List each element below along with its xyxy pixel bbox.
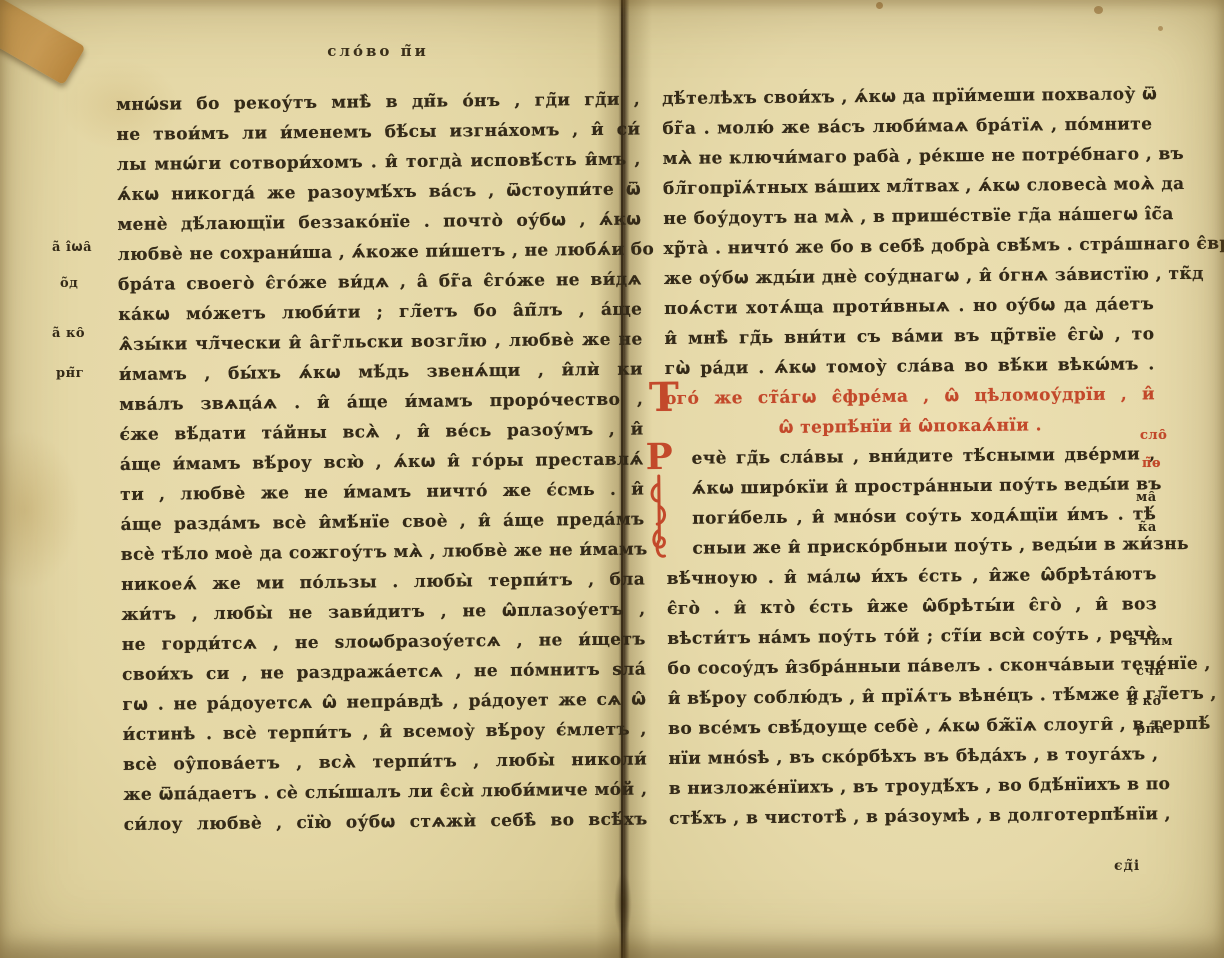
text-line: и̂ вѣ́роу соблю́дъ , и̂ прїѧ́тъ вѣне́цъ … [668, 679, 1158, 714]
ornate-initial-flourish [646, 474, 673, 560]
text-line: вѣ́чноую . и̂ ма́лѡ и́хъ є́сть , и̂же ѡ̂… [667, 559, 1157, 594]
text-line: гѡ̀ ра́ди . ѧ́кѡ томоу̀ сла́ва во вѣ́ки … [665, 349, 1155, 384]
margin-note-1cor: а̃ ко̑ [52, 326, 85, 341]
margin-note-zachalo: к̃а [1138, 520, 1157, 535]
text-line: бл̃гопрїѧ́тных ва́ших мл̃твах , ѧ́кѡ сло… [663, 169, 1153, 204]
right-text-column: дѣ́телѣхъ свои́хъ , ѧ́кѡ да прїи́меши по… [662, 79, 1159, 834]
text-line: в низложе́нїихъ , въ троудѣ́хъ , во бдѣ́… [669, 769, 1159, 804]
rubric-heading-text: ого́ же ст̃а́гѡ є̂фре́ма , ѡ̂ цѣломоу́др… [665, 384, 1155, 409]
margin-note-zachalo: о̃д [60, 276, 78, 291]
running-head: сло́во п̃и [116, 42, 640, 60]
rubric-heading-line-2: ѡ̂ терпѣ́нїи и̂ ѡ̂покаѧ́нїи . [665, 409, 1155, 444]
text-line: поѧ́сти хотѧ́ща проти́вныѧ . но оу́бѡ да… [664, 289, 1154, 324]
margin-note-timothy: в ти́м [1128, 634, 1173, 649]
margin-note-1john: а̃ і̂ѡа̑ [52, 240, 92, 255]
text-line: си́лоу любвѐ , сїю̀ оу́бѡ стѧжѝ себѣ̀ во… [124, 804, 648, 839]
text-line: поги́бель , и̂ мно́ѕи соу́ть ходѧ́щїи и́… [666, 499, 1156, 534]
text-line: вѣсти́тъ на́мъ поу́ть то́й ; ст̃і́и всѝ … [667, 619, 1157, 654]
text-line: во все́мъ свѣ́доуще себѐ , ѧ́кѡ бж̃їѧ сл… [668, 709, 1158, 744]
book-scan: сло́во п̃и мнѡ́ѕи бо рекоу́тъ мнѣ̀ в дн̃… [0, 0, 1224, 958]
margin-note-slovo-number: п̃ѳ [1142, 456, 1161, 471]
text-line: стѣ́хъ , в чистотѣ̀ , в ра́зоумѣ , в дол… [669, 799, 1159, 834]
margin-note-slovo: сло̑ [1140, 428, 1167, 443]
text-line: и̂ мнѣ̀ гд̃ь вни́ти съ ва́ми въ цр̃твїе … [664, 319, 1154, 354]
text-line: бг̃а . молю́ же ва́съ люби́маѧ бра́тїѧ ,… [662, 109, 1152, 144]
margin-note-zachalo: сч̃и [1136, 664, 1165, 679]
quire-signature: єд̃і [1114, 858, 1140, 874]
text-line: сныи же и̂ приско́рбныи поу́ть , веды́и … [666, 529, 1156, 564]
margin-note-corinthians: в ко̑ [1128, 694, 1162, 709]
margin-note-zachalo: рн̃г [56, 366, 84, 381]
margin-note-zachalo: рп̃а [1136, 722, 1165, 737]
rubric-drop-cap: Т [649, 380, 680, 416]
text-line: мѧ̀ не ключи́маго раба̀ , ре́кше не потр… [663, 139, 1153, 174]
left-text-column: мнѡ́ѕи бо рекоу́тъ мнѣ̀ в дн̃ь о́нъ , гд… [116, 85, 648, 840]
text-line: дѣ́телѣхъ свои́хъ , ѧ́кѡ да прїи́меши по… [662, 79, 1152, 114]
ornate-initial-letter: Р [645, 440, 675, 474]
text-line: нїи мно́ѕѣ , въ ско́рбѣхъ въ бѣда́хъ , в… [668, 739, 1158, 774]
ornate-initial: Р [645, 440, 676, 562]
text-line: не боу́доутъ на мѧ̀ , в прише́ствїе гд̃а… [663, 199, 1153, 234]
text-line: бо сосоу́дъ и̂збра́нныи па́велъ . сконча… [667, 649, 1157, 684]
text-line: є̂го̀ . и̂ кто̀ є́сть и̂же ѡ̂брѣты́и є̂г… [667, 589, 1157, 624]
text-line: ѧ́кѡ широ́кїи и̂ простра́нныи поу́ть вед… [666, 469, 1156, 504]
margin-note-matthew: ма̑ [1136, 490, 1157, 505]
rubric-heading-line-1: Т ого́ же ст̃а́гѡ є̂фре́ма , ѡ̂ цѣломоу́… [665, 379, 1155, 414]
text-line: ечѐ гд̃ь сла́вы , вни́дите тѣ́сными две́… [665, 439, 1155, 474]
